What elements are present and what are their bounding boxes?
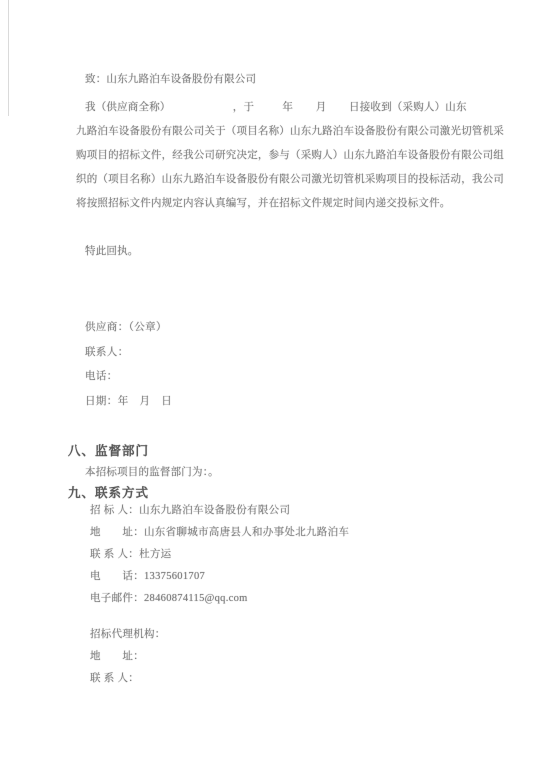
- agency-contact-person-row: 联 系 人：: [90, 668, 166, 690]
- paragraph-line: 九路泊车设备股份有限公司关于（项目名称）山东九路泊车设备股份有限公司激光切管机采: [76, 120, 506, 144]
- notice-paragraph: 我（供应商全称） ，于 年 月 日接收到（采购人）山东 九路泊车设备股份有限公司…: [76, 96, 506, 216]
- field-value: 13375601707: [144, 571, 205, 582]
- tenderer-name-row: 招 标 人：山东九路泊车设备股份有限公司: [90, 500, 349, 522]
- paragraph-line: 我（供应商全称） ，于 年 月 日接收到（采购人）山东: [76, 96, 506, 120]
- tenderer-contact-person-row: 联 系 人：杜方运: [90, 544, 349, 566]
- field-label: 招 标 人：: [90, 505, 139, 516]
- field-value: 杜方运: [139, 549, 171, 560]
- date-line: 日期：年 月 日: [85, 390, 172, 415]
- tenderer-phone-row: 电 话：13375601707: [90, 566, 349, 588]
- field-label: 联 系 人：: [90, 549, 139, 560]
- tenderer-address-row: 地 址：山东省聊城市高唐县人和办事处北九路泊车: [90, 522, 349, 544]
- field-label: 电 话：: [90, 571, 144, 582]
- supervision-body-line: 本招标项目的监督部门为：。: [85, 464, 219, 479]
- section-heading-contact: 九、联系方式: [68, 483, 149, 501]
- signature-block: 供应商：（公章） 联系人： 电话： 日期：年 月 日: [85, 316, 172, 414]
- scan-edge-artifact: [8, 0, 9, 116]
- scanned-document-page: 致：山东九路泊车设备股份有限公司 我（供应商全称） ，于 年 月 日接收到（采购…: [0, 0, 543, 768]
- addressee-line: 致：山东九路泊车设备股份有限公司: [85, 71, 256, 86]
- contact-person-line: 联系人：: [85, 341, 172, 366]
- field-label: 地 址：: [90, 651, 144, 662]
- paragraph-line: 将按照招标文件内规定内容认真编写，并在招标文件规定时间内递交投标文件。: [76, 192, 506, 216]
- field-label: 联 系 人：: [90, 673, 139, 684]
- tenderer-email-row: 电子邮件：28460874115@qq.com: [90, 588, 349, 610]
- phone-line: 电话：: [85, 365, 172, 390]
- paragraph-line: 织的（项目名称）山东九路泊车设备股份有限公司激光切管机采购项目的投标活动，我公司: [76, 168, 506, 192]
- field-value: 山东省聊城市高唐县人和办事处北九路泊车: [144, 527, 349, 538]
- agency-address-row: 地 址：: [90, 646, 166, 668]
- field-label: 电子邮件：: [90, 593, 144, 604]
- field-value: 山东九路泊车设备股份有限公司: [139, 505, 290, 516]
- agency-contact-list: 招标代理机构： 地 址： 联 系 人：: [90, 624, 166, 690]
- closing-line: 特此回执。: [85, 243, 139, 258]
- tenderer-contact-list: 招 标 人：山东九路泊车设备股份有限公司 地 址：山东省聊城市高唐县人和办事处北…: [90, 500, 349, 610]
- section-heading-supervision: 八、监督部门: [68, 441, 149, 459]
- field-label: 招标代理机构：: [90, 629, 166, 640]
- agency-name-row: 招标代理机构：: [90, 624, 166, 646]
- supplier-seal-line: 供应商：（公章）: [85, 316, 172, 341]
- field-value: 28460874115@qq.com: [144, 593, 248, 604]
- field-label: 地 址：: [90, 527, 144, 538]
- paragraph-line: 购项目的招标文件，经我公司研究决定，参与（采购人）山东九路泊车设备股份有限公司组: [76, 144, 506, 168]
